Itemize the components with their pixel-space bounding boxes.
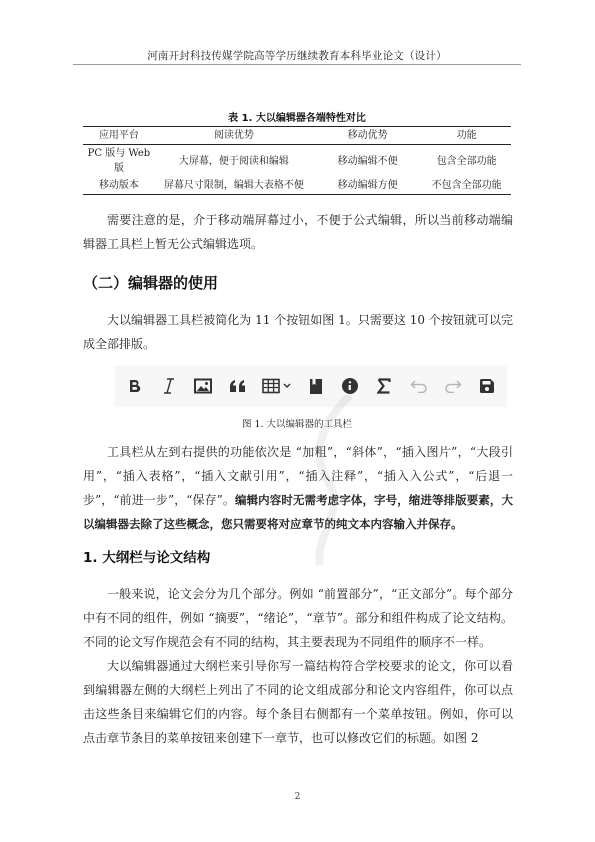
page-number: 2	[0, 792, 595, 802]
page-header-title: 河南开封科技传媒学院高等学历继续教育本科毕业论文（设计）	[73, 48, 521, 63]
paragraph-outline: 大以编辑器通过大纲栏来引导你写一篇结构符合学校要求的论文，你可以看到编辑器左侧的…	[83, 654, 513, 750]
table-dropdown-icon	[262, 374, 292, 398]
table-cell: 大屏幕，便于阅读和编辑	[155, 145, 313, 178]
paragraph-toolbar-functions: 工具栏从左到右提供的功能依次是 “加粗”，“斜体”，“插入图片”，“大段引用”，…	[83, 440, 513, 536]
book-icon	[306, 374, 326, 398]
table-cell: 不包含全部功能	[422, 177, 511, 195]
table-header-row: 应用平台 阅读优势 移动优势 功能	[83, 127, 511, 145]
column-header: 移动优势	[313, 127, 423, 145]
column-header: 功能	[422, 127, 511, 145]
paragraph-structure: 一般来说，论文会分为几个部分。例如 “前置部分”，“正文部分”。每个部分中有不同…	[83, 582, 513, 654]
paragraph-note: 需要注意的是，介于移动端屏幕过小，不便于公式编辑，所以当前移动端编辑器工具栏上暂…	[83, 208, 513, 256]
table-cell: 包含全部功能	[422, 145, 511, 178]
comparison-table: 应用平台 阅读优势 移动优势 功能 PC 版与 Web 版 大屏幕，便于阅读和编…	[83, 126, 511, 195]
bold-icon	[125, 374, 145, 398]
section-heading: （二）编辑器的使用	[83, 272, 218, 293]
editor-toolbar-figure	[115, 365, 507, 407]
sigma-icon	[374, 374, 394, 398]
figure-caption: 图 1. 大以编辑器的工具栏	[73, 416, 521, 430]
italic-icon	[159, 374, 179, 398]
column-header: 阅读优势	[155, 127, 313, 145]
table-cell: 移动编辑方便	[313, 177, 423, 195]
redo-icon	[443, 374, 463, 398]
table-cell: 移动编辑不便	[313, 145, 423, 178]
image-icon	[193, 374, 213, 398]
table-row: 移动版本 屏幕尺寸限制，编辑大表格不便 移动编辑方便 不包含全部功能	[83, 177, 511, 195]
table-row: PC 版与 Web 版 大屏幕，便于阅读和编辑 移动编辑不便 包含全部功能	[83, 145, 511, 178]
table-cell: 移动版本	[83, 177, 155, 195]
subsection-heading: 1. 大纲栏与论文结构	[83, 546, 210, 566]
table-cell: 屏幕尺寸限制，编辑大表格不便	[155, 177, 313, 195]
save-icon	[477, 374, 497, 398]
column-header: 应用平台	[83, 127, 155, 145]
paragraph-toolbar-intro: 大以编辑器工具栏被简化为 11 个按钮如图 1。只需要这 10 个按钮就可以完成…	[83, 308, 513, 356]
table-caption: 表 1. 大以编辑器各端特性对比	[73, 109, 521, 124]
table-cell: PC 版与 Web 版	[83, 145, 155, 178]
info-icon	[340, 374, 360, 398]
header-divider	[73, 64, 521, 65]
undo-icon	[409, 374, 429, 398]
quote-icon	[228, 374, 248, 398]
